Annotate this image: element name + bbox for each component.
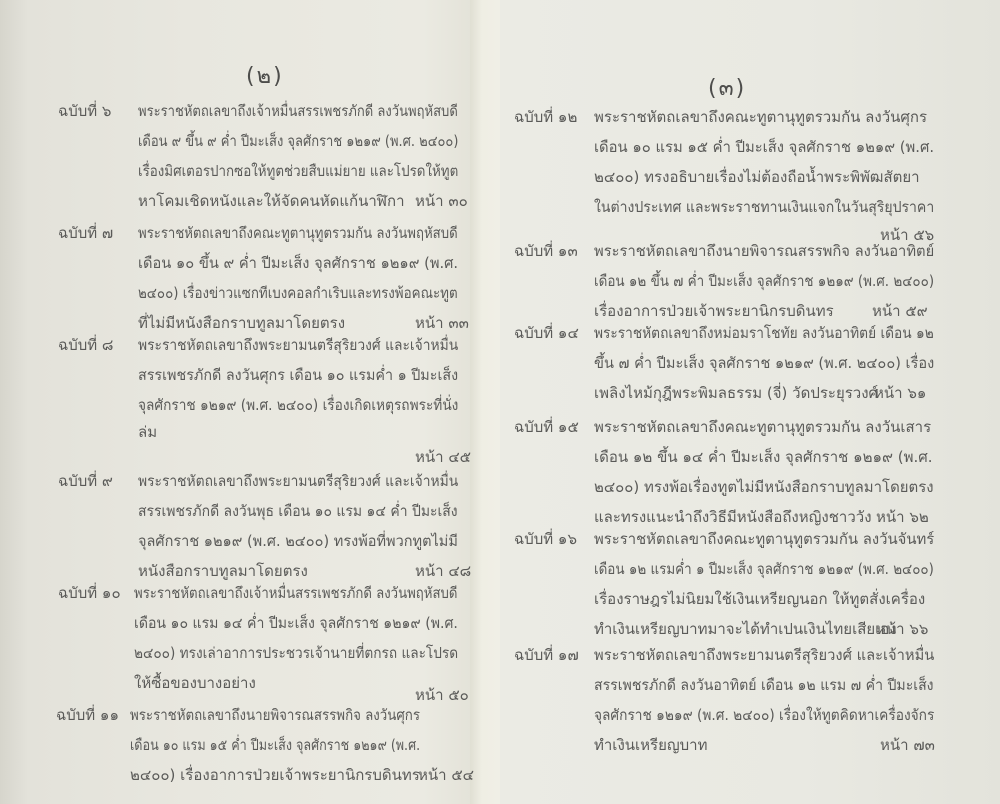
entry-label: ฉบับที่ ๗ — [58, 218, 113, 248]
page-reference: หน้า ๖๑ — [874, 378, 926, 408]
page-number: (๓) — [708, 70, 746, 105]
book-spine — [470, 0, 500, 804]
entry-label: ฉบับที่ ๑๗ — [514, 640, 579, 670]
toc-entry: ฉบับที่ ๑๕ พระราชหัตถเลขาถึงคณะทูตานุทูต… — [500, 412, 1000, 542]
entry-label: ฉบับที่ ๑๒ — [514, 102, 577, 132]
entry-label: ฉบับที่ ๑๕ — [514, 412, 579, 442]
open-book: (๒) ฉบับที่ ๖ พระราชหัตถเลขาถึงเจ้าหมื่น… — [0, 0, 1000, 804]
entry-description: พระราชหัตถเลขาถึงพระยามนตรีสุริยวงศ์ และ… — [138, 466, 458, 586]
toc-entry: ฉบับที่ ๖ พระราชหัตถเลขาถึงเจ้าหมื่นสรรเ… — [0, 96, 470, 226]
entry-description: พระราชหัตถเลขาถึงเจ้าหมื่นสรรเพชรภักดี ล… — [138, 96, 458, 216]
entry-description: พระราชหัตถเลขาถึงคณะทูตานุทูตรวมกัน ลงวั… — [594, 102, 934, 222]
page-reference: หน้า ๓๐ — [415, 186, 468, 216]
right-page: (๓) ฉบับที่ ๑๒ พระราชหัตถเลขาถึงคณะทูตาน… — [500, 0, 1000, 804]
page-reference: หน้า ๗๓ — [880, 730, 935, 760]
left-page: (๒) ฉบับที่ ๖ พระราชหัตถเลขาถึงเจ้าหมื่น… — [0, 0, 470, 804]
entry-label: ฉบับที่ ๘ — [58, 330, 114, 360]
toc-entry: ฉบับที่ ๑๔ พระราชหัตถเลขาถึงหม่อมราโชทัย… — [500, 318, 1000, 418]
toc-entry: ฉบับที่ ๙ พระราชหัตถเลขาถึงพระยามนตรีสุร… — [0, 466, 470, 596]
toc-entry: ฉบับที่ ๘ พระราชหัตถเลขาถึงพระยามนตรีสุร… — [0, 330, 470, 480]
entry-label: ฉบับที่ ๑๖ — [514, 524, 577, 554]
entry-description: พระราชหัตถเลขาถึงพระยามนตรีสุริยวงศ์ และ… — [138, 330, 458, 444]
entry-description: พระราชหัตถเลขาถึงคณะทูตานุทูตรวมกัน ลงวั… — [138, 218, 458, 338]
entry-label: ฉบับที่ ๙ — [58, 466, 113, 496]
entry-label: ฉบับที่ ๑๑ — [56, 700, 119, 730]
toc-entry: ฉบับที่ ๗ พระราชหัตถเลขาถึงคณะทูตานุทูตร… — [0, 218, 470, 348]
entry-label: ฉบับที่ ๖ — [58, 96, 111, 126]
entry-label: ฉบับที่ ๑๔ — [514, 318, 579, 348]
entry-description: พระราชหัตถเลขาถึงนายพิจารณสรรพกิจ ลงวันศ… — [130, 700, 420, 790]
toc-entry: ฉบับที่ ๑๑ พระราชหัตถเลขาถึงนายพิจารณสรร… — [0, 700, 470, 800]
entry-label: ฉบับที่ ๑๓ — [514, 236, 578, 266]
toc-entry: ฉบับที่ ๑๖ พระราชหัตถเลขาถึงคณะทูตานุทูต… — [500, 524, 1000, 654]
toc-entry: ฉบับที่ ๑๐ พระราชหัตถเลขาถึงเจ้าหมื่นสรร… — [0, 578, 470, 708]
entry-description: พระราชหัตถเลขาถึงเจ้าหมื่นสรรเพชรภักดี ล… — [134, 578, 458, 698]
entry-label: ฉบับที่ ๑๐ — [58, 578, 121, 608]
page-number: (๒) — [246, 58, 284, 93]
toc-entry: ฉบับที่ ๑๗ พระราชหัตถเลขาถึงพระยามนตรีสุ… — [500, 640, 1000, 770]
page-reference: หน้า ๕๔ — [418, 760, 474, 790]
toc-entry: ฉบับที่ ๑๒ พระราชหัตถเลขาถึงคณะทูตานุทูต… — [500, 102, 1000, 252]
